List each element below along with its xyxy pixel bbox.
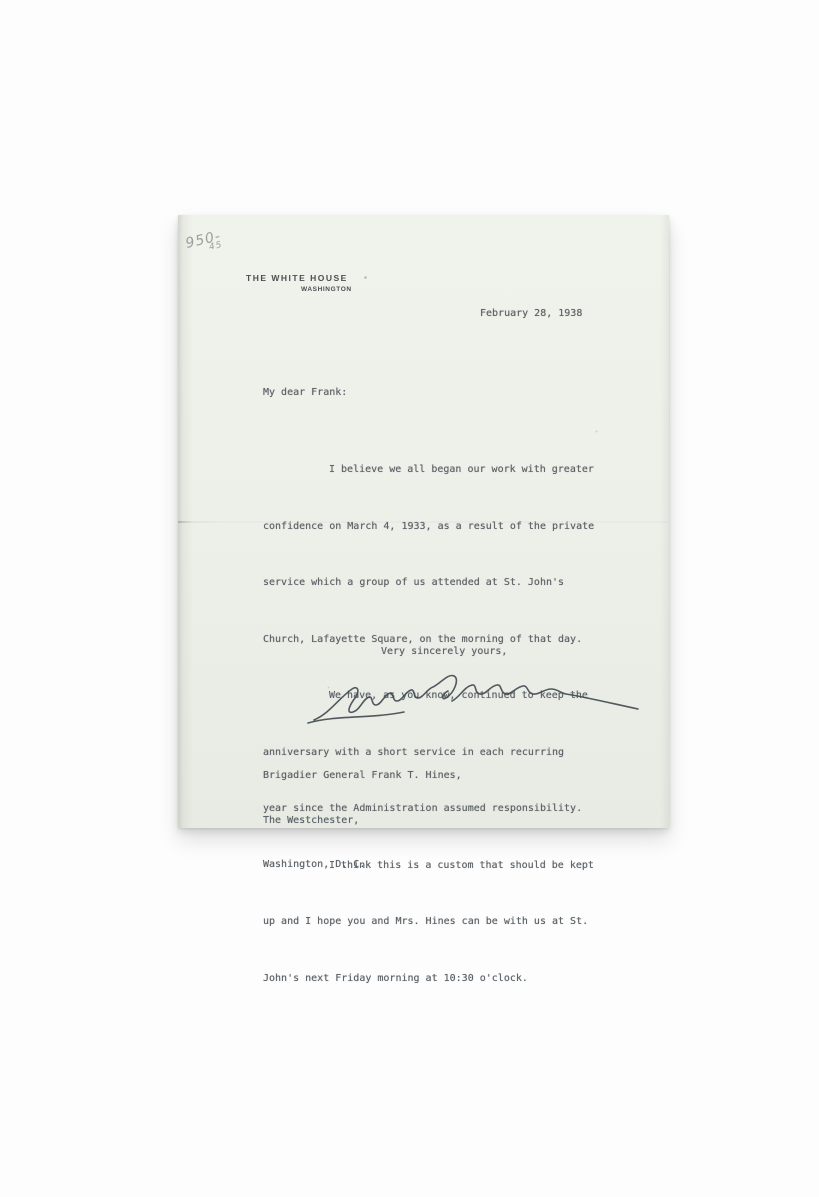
signature-stroke-underline xyxy=(308,712,404,723)
recipient-line: Brigadier General Frank T. Hines, xyxy=(263,770,462,782)
letterhead: THE WHITE HOUSE WASHINGTON xyxy=(246,273,352,293)
letterhead-line1: THE WHITE HOUSE xyxy=(246,273,352,283)
dust-specks xyxy=(178,215,179,216)
recipient-line: Washington, D. C. xyxy=(263,859,462,871)
pencil-note-sub: 45 xyxy=(208,241,223,253)
fdr-signature-icon: Franklin D. Roosevelt xyxy=(300,665,645,727)
closing: Very sincerely yours, xyxy=(381,646,507,657)
pencil-price-note: 950- 45 xyxy=(184,227,224,257)
letter-body-line: confidence on March 4, 1933, as a result… xyxy=(263,515,618,539)
letter-date: February 28, 1938 xyxy=(480,308,582,319)
recipient-address: Brigadier General Frank T. Hines, The We… xyxy=(263,726,462,893)
signature-stroke-first-name xyxy=(314,675,456,720)
letter-body-line: up and I hope you and Mrs. Hines can be … xyxy=(263,910,618,934)
letter-paper: 950- 45 THE WHITE HOUSE WASHINGTON Febru… xyxy=(178,215,669,828)
recipient-line: The Westchester, xyxy=(263,815,462,827)
letterhead-line2: WASHINGTON xyxy=(301,286,352,293)
photo-background: 950- 45 THE WHITE HOUSE WASHINGTON Febru… xyxy=(0,0,819,1197)
letter-body-line: service which a group of us attended at … xyxy=(263,571,618,595)
signature-stroke-last-name xyxy=(452,685,638,709)
salutation: My dear Frank: xyxy=(263,387,347,398)
letter-body-line: John's next Friday morning at 10:30 o'cl… xyxy=(263,967,618,991)
letter-body-line: I believe we all began our work with gre… xyxy=(263,458,618,482)
